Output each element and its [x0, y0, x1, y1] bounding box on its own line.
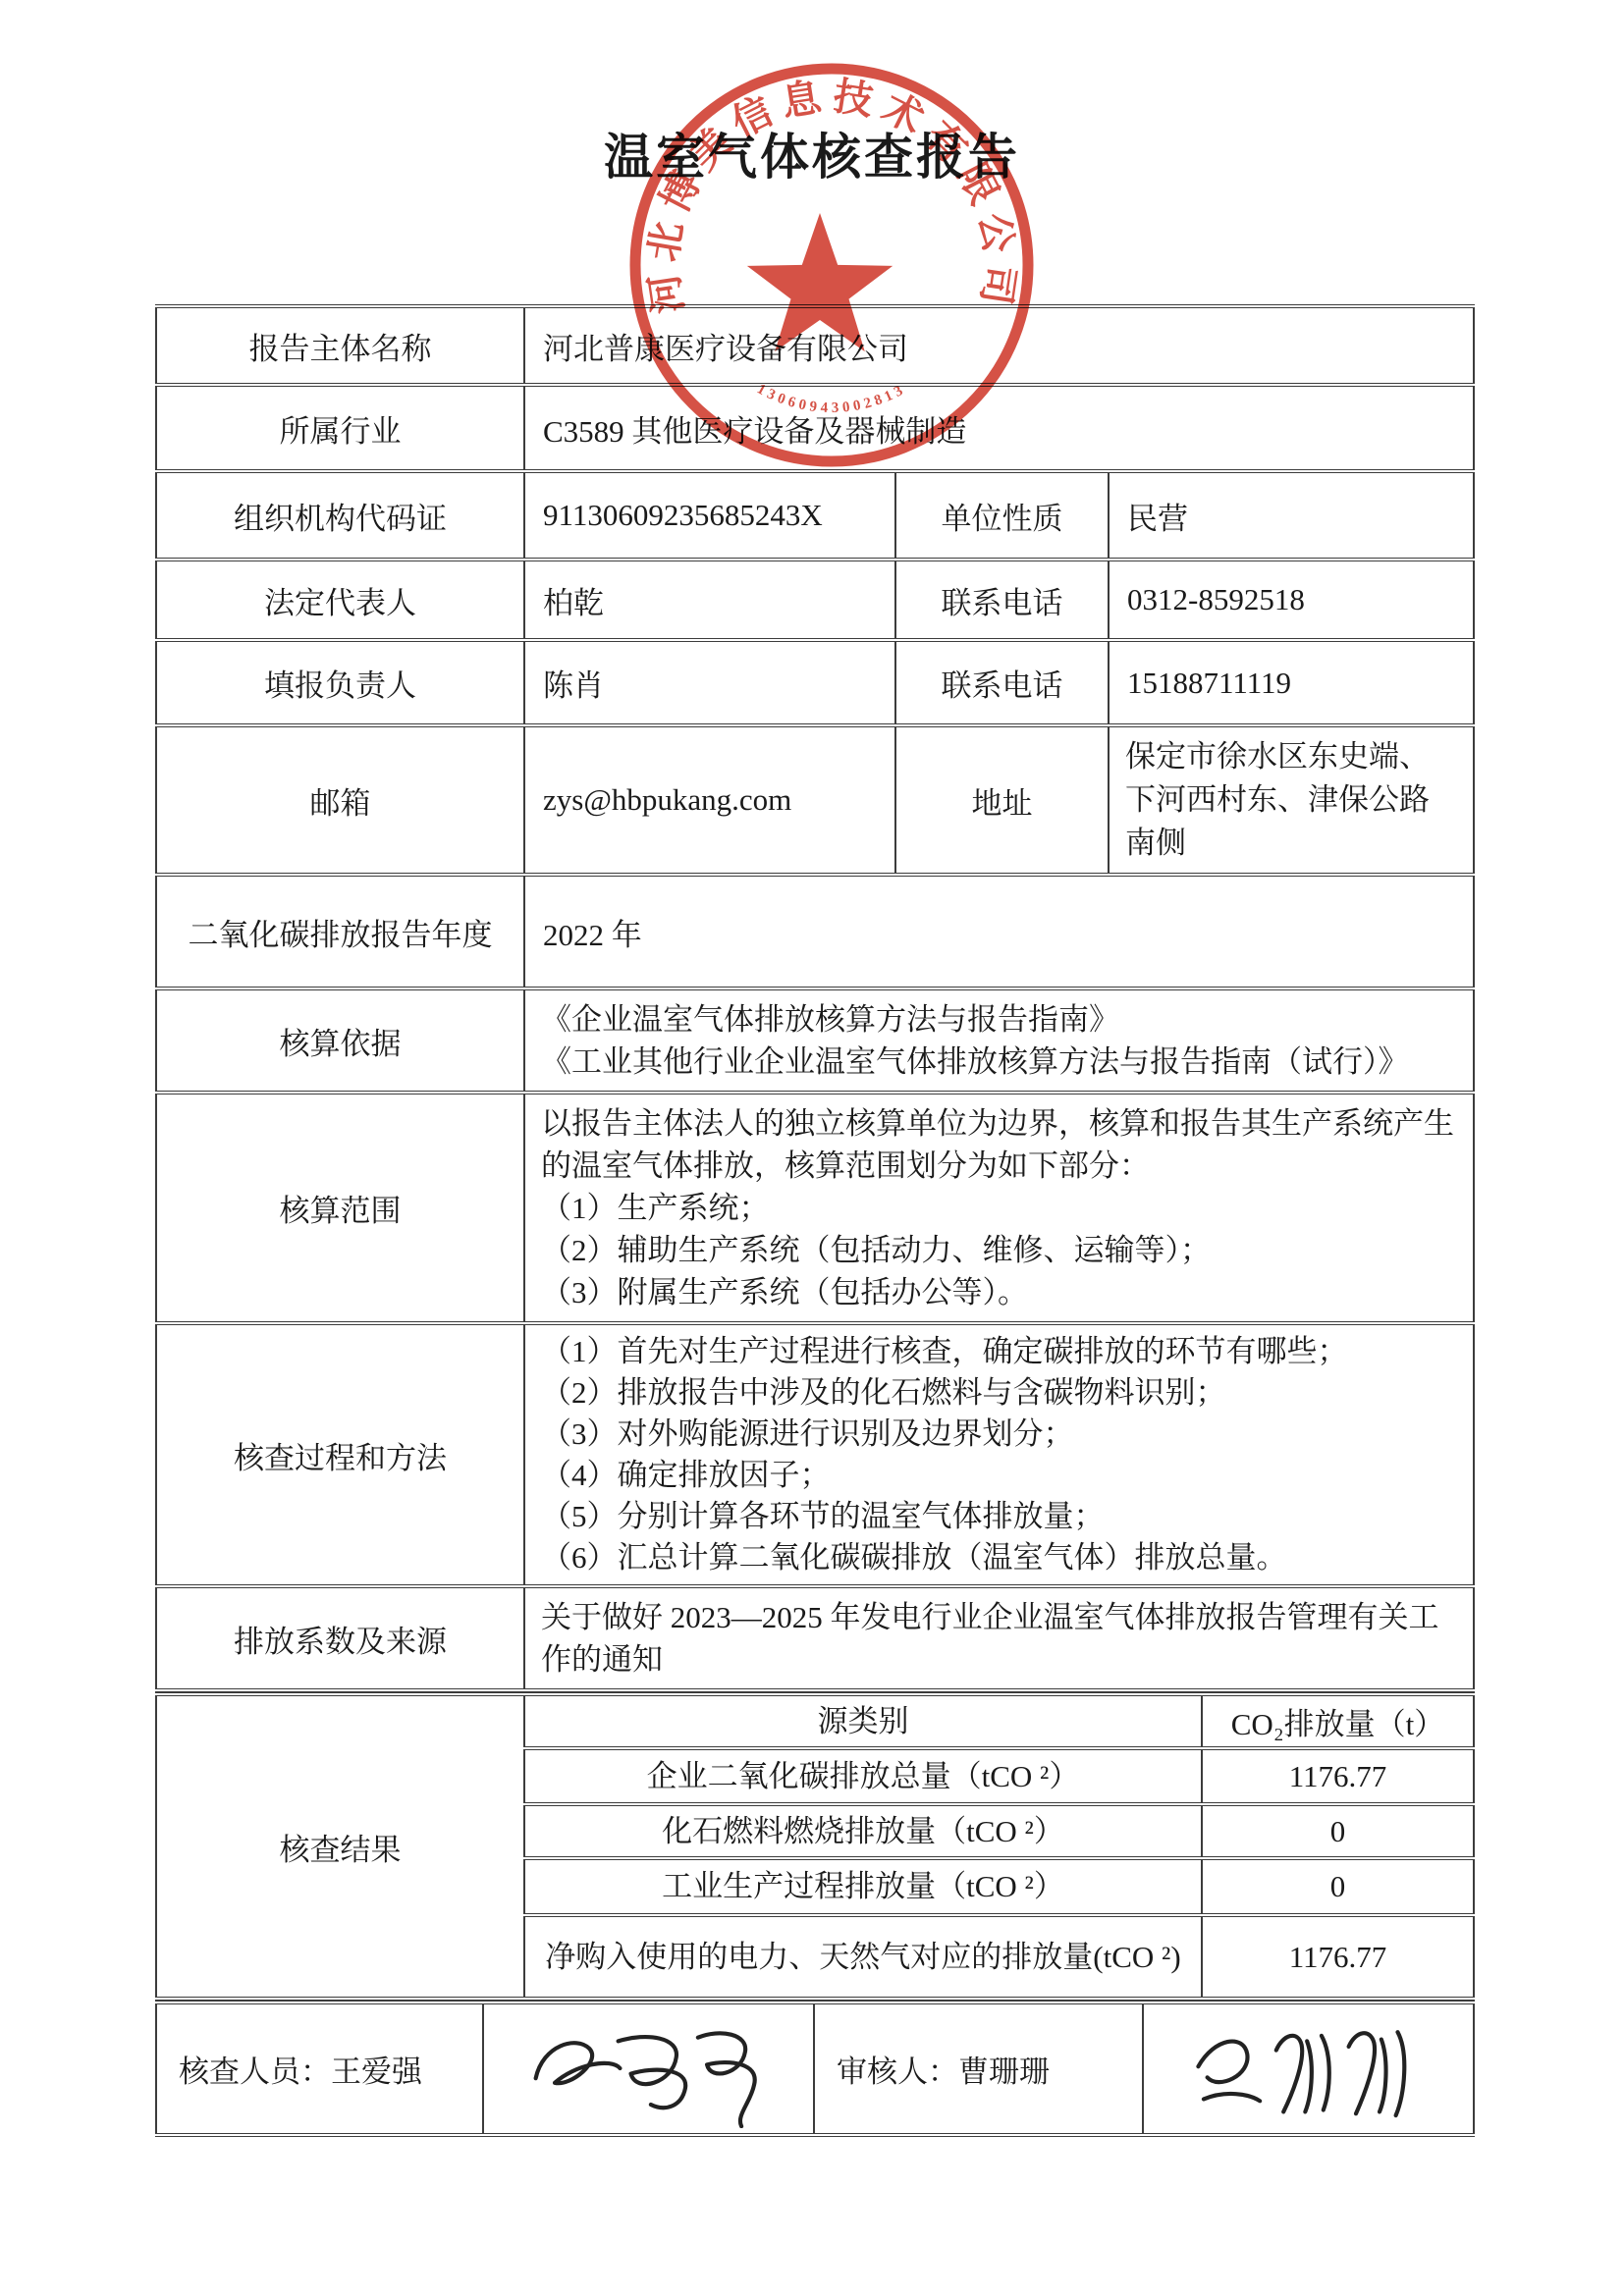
basis-label: 核算依据: [156, 988, 524, 1093]
email-value: zys@hbpukang.com: [524, 725, 895, 875]
results-row-amount: 1176.77: [1202, 1748, 1474, 1804]
legal-rep-label: 法定代表人: [156, 560, 524, 640]
results-row-amount: 0: [1202, 1858, 1474, 1915]
results-row-source: 化石燃料燃烧排放量（tCO ²）: [524, 1804, 1202, 1858]
report-subject-label: 报告主体名称: [156, 306, 524, 385]
verifier-name: 核查人员：王爱强: [156, 2002, 483, 2135]
scope-label: 核算范围: [156, 1093, 524, 1323]
process-value: （1）首先对生产过程进行核查，确定碳排放的环节有哪些； （2）排放报告中涉及的化…: [524, 1323, 1474, 1586]
filler-phone-label: 联系电话: [895, 640, 1109, 725]
page-title: 温室气体核查报告: [0, 118, 1624, 188]
seal-arc-text: 河北博美信息技术有限公司: [640, 74, 1022, 316]
scope-value: 以报告主体法人的独立核算单位为边界，核算和报告其生产系统产生的温室气体排放，核算…: [524, 1093, 1474, 1323]
factors-label: 排放系数及来源: [156, 1586, 524, 1690]
filler-phone-value: 15188711119: [1109, 640, 1474, 725]
info-table: 报告主体名称 河北普康医疗设备有限公司 所属行业 C3589 其他医疗设备及器械…: [155, 304, 1475, 1692]
process-label: 核查过程和方法: [156, 1323, 524, 1586]
results-header-amount: CO₂排放量（t）: [1202, 1694, 1474, 1748]
results-row-source: 企业二氧化碳排放总量（tCO ²）: [524, 1748, 1202, 1804]
unit-nature-label: 单位性质: [895, 471, 1109, 560]
industry-value: C3589 其他医疗设备及器械制造: [524, 385, 1474, 471]
address-label: 地址: [895, 725, 1109, 875]
email-label: 邮箱: [156, 725, 524, 875]
address-value: 保定市徐水区东史端、下河西村东、津保公路南侧: [1109, 725, 1474, 875]
results-table: 核查结果 源类别 CO₂排放量（t） 企业二氧化碳排放总量（tCO ²） 117…: [155, 1692, 1475, 2001]
verifier-signature: [483, 2002, 814, 2135]
org-code-value: 91130609235685243X: [524, 471, 895, 560]
factors-value: 关于做好 2023—2025 年发电行业企业温室气体排放报告管理有关工作的通知: [524, 1586, 1474, 1690]
basis-value: 《企业温室气体排放核算方法与报告指南》 《工业其他行业企业温室气体排放核算方法与…: [524, 988, 1474, 1093]
report-year-value: 2022 年: [524, 875, 1474, 988]
results-row-source: 工业生产过程排放量（tCO ²）: [524, 1858, 1202, 1915]
filler-value: 陈肖: [524, 640, 895, 725]
legal-rep-value: 柏乾: [524, 560, 895, 640]
report-year-label: 二氧化碳排放报告年度: [156, 875, 524, 988]
filler-label: 填报负责人: [156, 640, 524, 725]
report-table: 报告主体名称 河北普康医疗设备有限公司 所属行业 C3589 其他医疗设备及器械…: [155, 304, 1477, 2137]
legal-rep-phone-label: 联系电话: [895, 560, 1109, 640]
results-row-amount: 0: [1202, 1804, 1474, 1858]
results-header-source: 源类别: [524, 1694, 1202, 1748]
reviewer-name: 审核人：曹珊珊: [814, 2002, 1143, 2135]
reviewer-signature: [1143, 2002, 1474, 2135]
signoff-table: 核查人员：王爱强 审核人：曹珊珊: [155, 2001, 1475, 2137]
results-row-amount: 1176.77: [1202, 1915, 1474, 1999]
results-row-source: 净购入使用的电力、天然气对应的排放量(tCO ²): [524, 1915, 1202, 1999]
report-subject-value: 河北普康医疗设备有限公司: [524, 306, 1474, 385]
document-page: 河北博美信息技术有限公司 13060943002813 温室气体核查报告 报告主…: [0, 0, 1624, 2296]
legal-rep-phone-value: 0312-8592518: [1109, 560, 1474, 640]
org-code-label: 组织机构代码证: [156, 471, 524, 560]
unit-nature-value: 民营: [1109, 471, 1474, 560]
industry-label: 所属行业: [156, 385, 524, 471]
results-label: 核查结果: [156, 1694, 524, 1999]
